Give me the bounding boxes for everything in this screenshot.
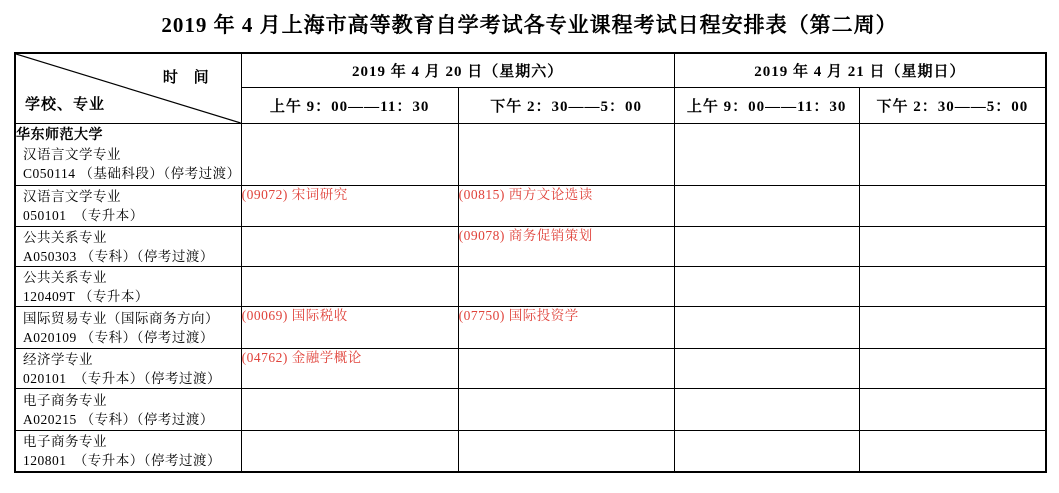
header-day-saturday: 2019 年 4 月 20 日（星期六） [241,53,674,88]
major-code: 050101 （专升本） [16,206,241,225]
corner-header-cell: 时 间 学校、专业 [15,53,241,124]
major-name: 公共关系专业 [16,268,241,287]
course-cell-sat-pm [458,431,674,472]
course-cell-sat-am [241,124,458,186]
table-row: 公共关系专业 A050303 （专科）（停考过渡） (09078) 商务促销策划 [15,227,1046,267]
course-cell-sun-pm [859,307,1046,349]
course-cell-sun-am [674,124,859,186]
exam-schedule-table: 时 间 学校、专业 2019 年 4 月 20 日（星期六） 2019 年 4 … [14,52,1047,473]
course-cell-sat-am [241,389,458,431]
header-day-row: 时 间 学校、专业 2019 年 4 月 20 日（星期六） 2019 年 4 … [15,53,1046,88]
table-row: 华东师范大学 汉语言文学专业 C050114 （基础科段）（停考过渡） [15,124,1046,186]
table-row: 国际贸易专业（国际商务方向） A020109 （专科）（停考过渡） (00069… [15,307,1046,349]
school-major-cell: 华东师范大学 汉语言文学专业 C050114 （基础科段）（停考过渡） [15,124,241,186]
major-name: 汉语言文学专业 [16,145,241,164]
major-code: 120409T （专升本） [16,287,241,306]
university-name: 华东师范大学 [16,126,241,145]
corner-time-label: 时 间 [163,66,215,87]
header-session-sun-pm: 下午 2：30——5：00 [859,88,1046,124]
course-cell-sun-am [674,186,859,227]
school-major-cell: 国际贸易专业（国际商务方向） A020109 （专科）（停考过渡） [15,307,241,349]
school-major-cell: 公共关系专业 120409T （专升本） [15,267,241,307]
course-cell-sun-pm [859,186,1046,227]
school-major-cell: 经济学专业 020101 （专升本）（停考过渡） [15,349,241,389]
course-cell-sat-pm [458,389,674,431]
corner-school-label: 学校、专业 [25,93,105,114]
course-cell-sat-pm: (09078) 商务促销策划 [458,227,674,267]
school-major-cell: 汉语言文学专业 050101 （专升本） [15,186,241,227]
table-row: 电子商务专业 A020215 （专科）（停考过渡） [15,389,1046,431]
course-cell-sat-am: (09072) 宋词研究 [241,186,458,227]
course-cell-sat-am: (04762) 金融学概论 [241,349,458,389]
major-code: A020215 （专科）（停考过渡） [16,410,241,429]
header-day-sunday: 2019 年 4 月 21 日（星期日） [674,53,1046,88]
major-name: 电子商务专业 [16,432,241,451]
course-cell-sat-pm [458,124,674,186]
course-cell-sun-pm [859,431,1046,472]
table-row: 电子商务专业 120801 （专升本）（停考过渡） [15,431,1046,472]
course-cell-sun-am [674,389,859,431]
course-cell-sun-am [674,431,859,472]
school-major-cell: 公共关系专业 A050303 （专科）（停考过渡） [15,227,241,267]
course-cell-sun-pm [859,124,1046,186]
course-cell-sat-am: (00069) 国际税收 [241,307,458,349]
course-cell-sat-am [241,267,458,307]
major-code: A020109 （专科）（停考过渡） [16,328,241,347]
major-code: C050114 （基础科段）（停考过渡） [16,164,241,183]
page-title: 2019 年 4 月上海市高等教育自学考试各专业课程考试日程安排表（第二周） [0,9,1059,39]
major-name: 汉语言文学专业 [16,187,241,206]
table-row: 汉语言文学专业 050101 （专升本） (09072) 宋词研究 (00815… [15,186,1046,227]
course-cell-sun-am [674,349,859,389]
major-name: 经济学专业 [16,350,241,369]
course-cell-sat-am [241,431,458,472]
school-major-cell: 电子商务专业 A020215 （专科）（停考过渡） [15,389,241,431]
header-session-sat-pm: 下午 2：30——5：00 [458,88,674,124]
major-code: 020101 （专升本）（停考过渡） [16,369,241,388]
course-cell-sun-am [674,227,859,267]
major-name: 公共关系专业 [16,228,241,247]
course-cell-sun-pm [859,227,1046,267]
course-cell-sun-pm [859,349,1046,389]
table-row: 经济学专业 020101 （专升本）（停考过渡） (04762) 金融学概论 [15,349,1046,389]
school-major-cell: 电子商务专业 120801 （专升本）（停考过渡） [15,431,241,472]
course-cell-sat-pm [458,349,674,389]
header-session-sat-am: 上午 9：00——11：30 [241,88,458,124]
course-cell-sat-pm: (07750) 国际投资学 [458,307,674,349]
major-name: 电子商务专业 [16,391,241,410]
course-cell-sun-am [674,307,859,349]
major-name: 国际贸易专业（国际商务方向） [16,309,241,328]
document-page: { "title": "2019 年 4 月上海市高等教育自学考试各专业课程考试… [0,0,1059,493]
course-cell-sat-am [241,227,458,267]
course-cell-sat-pm: (00815) 西方文论选读 [458,186,674,227]
course-cell-sun-pm [859,267,1046,307]
course-cell-sun-am [674,267,859,307]
major-code: A050303 （专科）（停考过渡） [16,247,241,266]
table-row: 公共关系专业 120409T （专升本） [15,267,1046,307]
major-code: 120801 （专升本）（停考过渡） [16,451,241,470]
course-cell-sun-pm [859,389,1046,431]
course-cell-sat-pm [458,267,674,307]
header-session-sun-am: 上午 9：00——11：30 [674,88,859,124]
